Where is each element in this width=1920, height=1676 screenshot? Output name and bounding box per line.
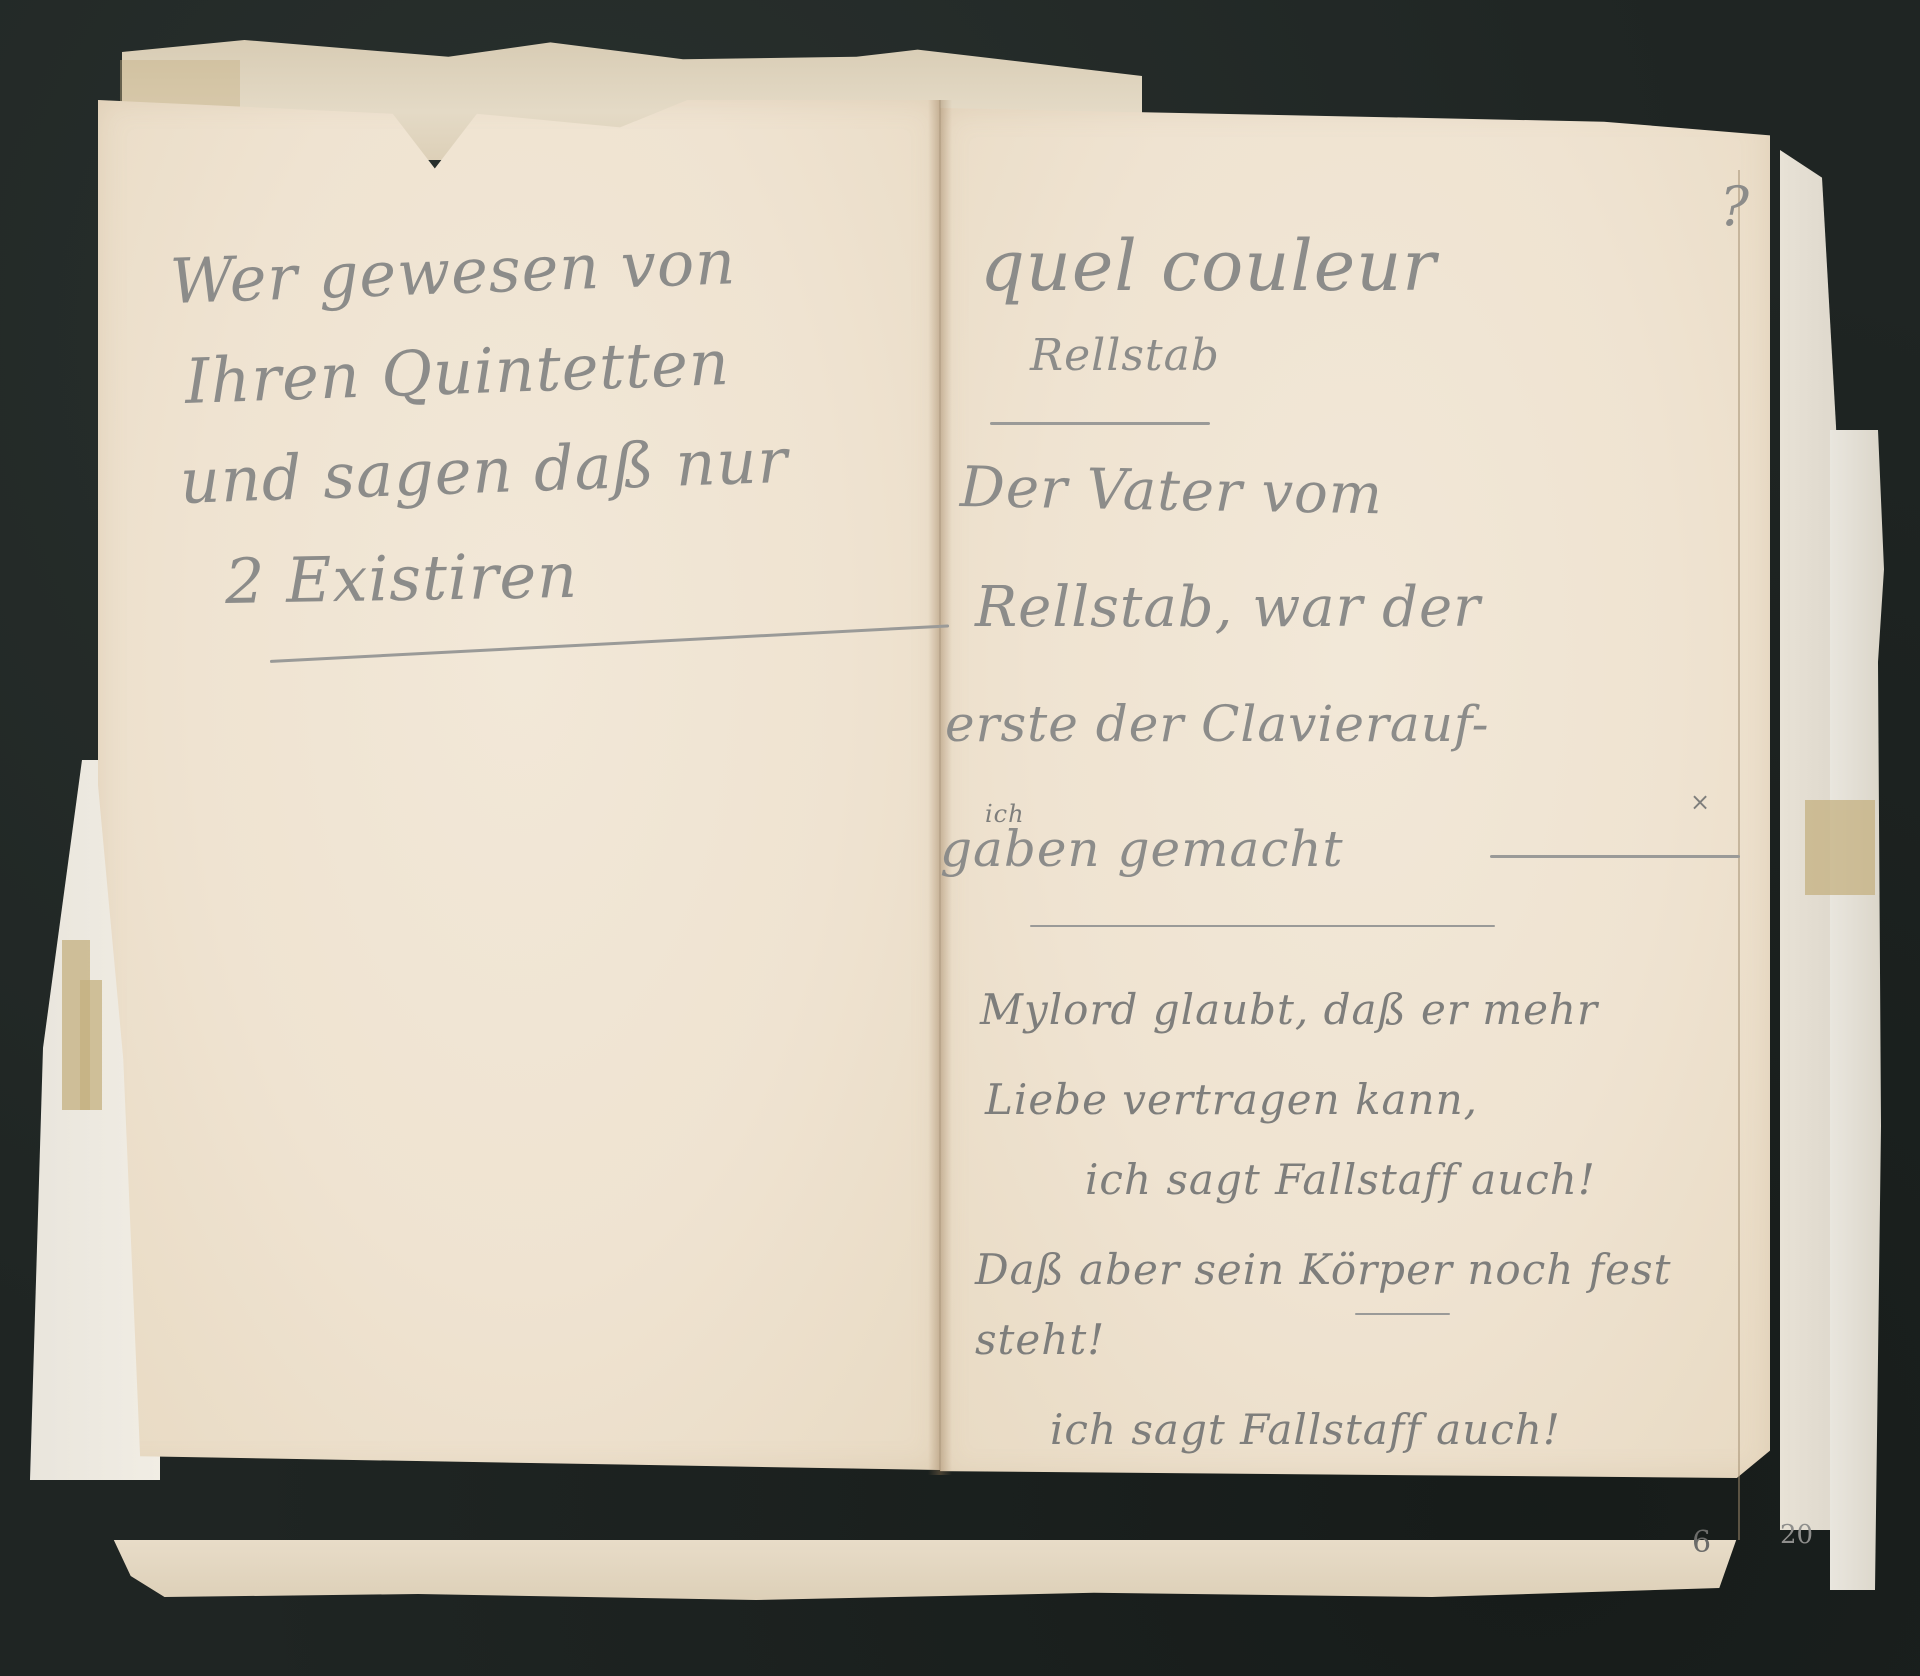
tape-right [1805, 800, 1875, 895]
right-block3-line-2: Liebe vertragen kann, [985, 1075, 1478, 1124]
right-block2-line-3: erste der Clavierauf- [945, 695, 1490, 753]
right-block3-line-3: ich sagt Fallstaff auch! [1085, 1155, 1596, 1204]
margin-mark: × [1690, 788, 1711, 816]
tape-left-2 [80, 980, 102, 1110]
right-block2-line-2: Rellstab, war der [975, 575, 1481, 640]
page-number: 6 [1692, 1525, 1711, 1560]
right-block2-line-4: gaben gemacht [940, 820, 1344, 878]
dash-flourish [1490, 855, 1740, 858]
right-line-rellstab: Rellstab [1030, 330, 1220, 381]
question-mark-annotation: ? [1720, 175, 1750, 238]
divider-2 [1030, 925, 1495, 927]
left-line-4: 2 Existiren [224, 539, 578, 618]
notebook-bottom-edge [80, 1540, 1770, 1600]
right-block3-line-6: ich sagt Fallstaff auch! [1050, 1405, 1561, 1454]
divider-1 [990, 422, 1210, 425]
right-block2-line-1: Der Vater vom [959, 455, 1383, 527]
loose-sheet-page-number: 20 [1780, 1520, 1813, 1550]
right-block3-line-1: Mylord glaubt, daß er mehr [980, 985, 1598, 1034]
right-line-quel-couleur: quel couleur [980, 225, 1437, 307]
right-block3-line-5: steht! [975, 1315, 1105, 1364]
underline-koerper [1355, 1313, 1450, 1315]
right-block3-line-4: Daß aber sein Körper noch fest [975, 1245, 1671, 1294]
book-gutter [928, 100, 952, 1475]
